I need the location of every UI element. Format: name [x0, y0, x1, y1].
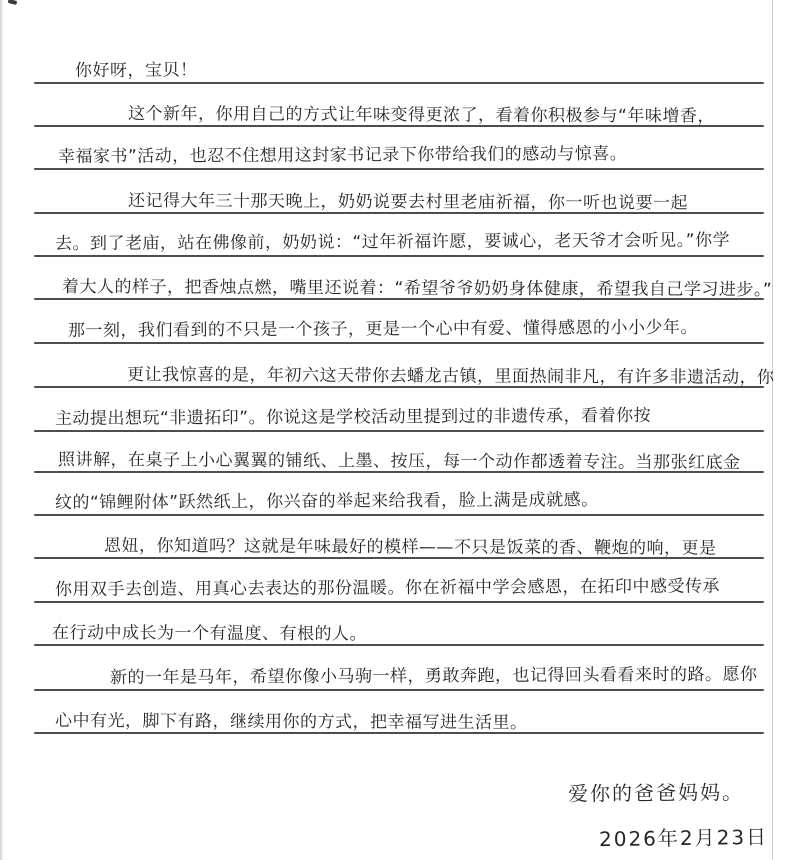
- letter-line-text: 恩妞，你知道吗？这就是年味最好的模样——不只是饭菜的香、鞭炮的响，更是: [104, 534, 717, 561]
- corner-mark: [8, 0, 18, 5]
- letter-line-text: 更让我惊喜的是，年初六这天带你去蟠龙古镇，里面热闹非凡，有许多非遗活动，你: [127, 363, 775, 390]
- letter-line-text: 你用双手去创造、用真心去表达的那份温暖。你在祈福中学会感恩，在拓印中感受传承: [55, 575, 720, 602]
- letter-line-text: 纹的“锦鲤附体”跃然纸上，你兴奋的举起来给我看，脸上满是成就感。: [55, 488, 599, 515]
- letter-line-text: 在行动中成长为一个有温度、有根的人。: [52, 621, 367, 646]
- letter-line-text: 照讲解，在桌子上小心翼翼的铺纸、上墨、按压，每一个动作都透着专注。当那张红底金: [58, 448, 741, 475]
- signature: 爱你的爸爸妈妈。: [568, 776, 744, 807]
- letter-line-text: 去。到了老庙，站在佛像前，奶奶说：“过年祈福许愿，要诚心，老天爷才会听见。”你学: [55, 228, 730, 256]
- letter-line-text: 心中有光，脚下有路，继续用你的方式，把幸福写进生活里。: [55, 709, 528, 735]
- letter-line-text: 幸福家书”活动，也忍不住想用这封家书记录下你带给我们的感动与惊喜。: [58, 142, 627, 169]
- letter-line-text: 这个新年，你用自己的方式让年味变得更浓了，看着你积极参与“年味增香，: [128, 102, 715, 129]
- page-right-edge: [772, 0, 773, 860]
- letter-line-text: 还记得大年三十那天晚上，奶奶说要去村里老庙祈福，你一听也说要一起: [128, 189, 688, 215]
- letter-page: 你好呀，宝贝！这个新年，你用自己的方式让年味变得更浓了，看着你积极参与“年味增香…: [0, 0, 792, 860]
- letter-line-text: 着大人的样子，把香烛点燃，嘴里还说着：“希望爷爷奶奶身体健康，希望我自己学习进步…: [62, 275, 772, 302]
- page-left-edge: [0, 0, 3, 860]
- letter-line-text: 那一刻，我们看到的不只是一个孩子，更是一个心中有爱、懂得感恩的小小少年。: [68, 316, 698, 343]
- letter-line-text: 主动提出想玩“非遗拓印”。你说这是学校活动里提到过的非遗传承，看着你按: [55, 404, 651, 431]
- letter-line-text: 新的一年是马年，希望你像小马驹一样，勇敢奔跑，也记得回头看看来时的路。愿你: [110, 663, 758, 690]
- letter-line-text: 你好呀，宝贝！: [75, 58, 198, 83]
- letter-date: 2026年2月23日: [599, 821, 768, 852]
